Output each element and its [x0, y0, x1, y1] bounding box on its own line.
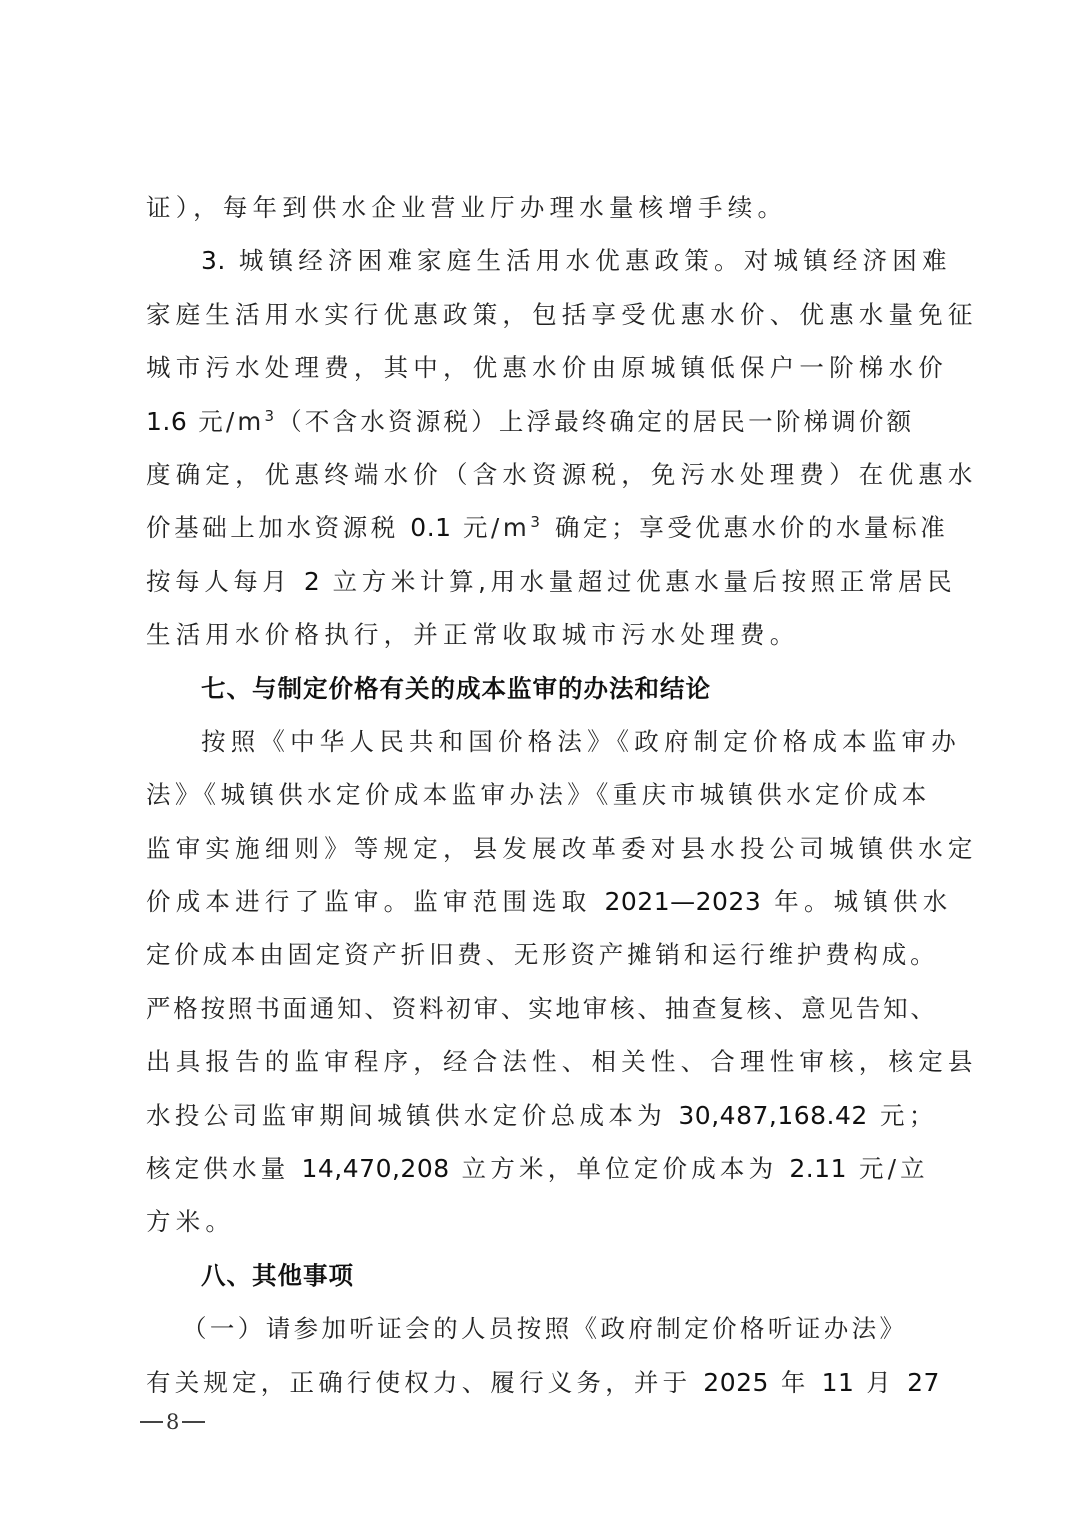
document-page: 证），每年到供水企业营业厅办理水量核增手续。 3. 城镇经济困难家庭生活用水优惠…: [146, 181, 942, 1409]
paragraph-line: 1.6 元/m3（不含水资源税）上浮最终确定的居民一阶梯调价额: [146, 395, 942, 448]
text: 月: [854, 1368, 907, 1397]
quota-value: 2: [304, 567, 320, 596]
text: 价基础上加水资源税: [146, 513, 410, 542]
text: 有关规定，正确行使权力、履行义务，并于: [146, 1368, 703, 1397]
superscript: 3: [264, 407, 277, 425]
text: 确定；享受优惠水价的水量标准: [544, 513, 949, 542]
text: 水投公司监审期间城镇供水定价总成本为: [146, 1101, 666, 1130]
paragraph-line: 生活用水价格执行，并正常收取城市污水处理费。: [146, 608, 942, 661]
section-heading-7: 七、与制定价格有关的成本监审的办法和结论: [146, 662, 942, 715]
text: 法》《城镇供水定价成本监审办法》《重庆市城镇供水定价成本: [146, 780, 931, 809]
paragraph-line: 严格按照书面通知、资料初审、实地审核、抽查复核、意见告知、: [146, 982, 942, 1035]
audit-period: 2021—2023: [605, 887, 762, 916]
text: 立方米，单位定价成本为: [450, 1154, 790, 1183]
text: 立方米计算,用水量超过优惠水量后按照正常居民: [320, 567, 956, 596]
date-day: 27: [907, 1368, 940, 1397]
price-value: 1.6: [146, 407, 187, 436]
paragraph-line: 度确定，优惠终端水价（含水资源税，免污水处理费）在优惠水: [146, 448, 942, 501]
paragraph-line: 按照《中华人民共和国价格法》《政府制定价格成本监审办: [146, 715, 942, 768]
text: 年。城镇供水: [761, 887, 952, 916]
text: 按照《中华人民共和国价格法》《政府制定价格成本监审办: [201, 727, 961, 756]
paragraph-line: 3. 城镇经济困难家庭生活用水优惠政策。对城镇经济困难: [146, 234, 942, 287]
text: （一）请参加听证会的人员按照《政府制定价格听证办法》: [182, 1314, 907, 1343]
unit-cost-value: 2.11: [789, 1154, 847, 1183]
text: 价成本进行了监审。监审范围选取: [146, 887, 592, 916]
text: 严格按照书面通知、资料初审、实地审核、抽查复核、意见告知、: [146, 994, 938, 1023]
text: （不含水资源税）上浮最终确定的居民一阶梯调价额: [277, 407, 914, 436]
heading-text: 七、与制定价格有关的成本监审的办法和结论: [201, 674, 711, 703]
date-month: 11: [822, 1368, 855, 1397]
paragraph-line: 城市污水处理费，其中，优惠水价由原城镇低保户一阶梯水价: [146, 341, 942, 394]
text: 按每人每月: [146, 567, 304, 596]
text: 城市污水处理费，其中，优惠水价由原城镇低保户一阶梯水价: [146, 353, 948, 382]
text: 生活用水价格执行，并正常收取城市污水处理费。: [146, 620, 799, 649]
text: 定价成本由固定资产折旧费、无形资产摊销和运行维护费构成。: [146, 940, 938, 969]
dash-left: [140, 1421, 163, 1423]
text: 城镇经济困难家庭生活用水优惠政策。对城镇经济困难: [226, 246, 952, 275]
paragraph-line: 按每人每月 2 立方米计算,用水量超过优惠水量后按照正常居民: [146, 555, 942, 608]
section-heading-8: 八、其他事项: [146, 1249, 942, 1302]
superscript: 3: [530, 513, 543, 531]
list-number: 3.: [201, 246, 226, 275]
paragraph-line: 价基础上加水资源税 0.1 元/m3 确定；享受优惠水价的水量标准: [146, 501, 942, 554]
text: 元；: [868, 1101, 938, 1130]
text: 度确定，优惠终端水价（含水资源税，免污水处理费）在优惠水: [146, 460, 978, 489]
text: 核定供水量: [146, 1154, 290, 1183]
date-year: 2025: [703, 1368, 769, 1397]
unit: 元/m: [452, 513, 531, 542]
paragraph-line: 定价成本由固定资产折旧费、无形资产摊销和运行维护费构成。: [146, 928, 942, 981]
paragraph-line: 监审实施细则》等规定，县发展改革委对县水投公司城镇供水定: [146, 822, 942, 875]
paragraph-line: 有关规定，正确行使权力、履行义务，并于 2025 年 11 月 27: [146, 1356, 942, 1409]
page-number: 8: [140, 1410, 205, 1434]
text: 方米。: [146, 1207, 235, 1236]
paragraph-line: 核定供水量 14,470,208 立方米，单位定价成本为 2.11 元/立: [146, 1142, 942, 1195]
text: 家庭生活用水实行优惠政策，包括享受优惠水价、优惠水量免征: [146, 300, 978, 329]
text: 年: [769, 1368, 822, 1397]
text: 监审实施细则》等规定，县发展改革委对县水投公司城镇供水定: [146, 834, 978, 863]
page-number-value: 8: [166, 1410, 179, 1434]
paragraph-line: 方米。: [146, 1195, 942, 1248]
total-cost-value: 30,487,168.42: [678, 1101, 867, 1130]
unit: 元/m: [187, 407, 264, 436]
heading-text: 八、其他事项: [201, 1261, 354, 1290]
paragraph-line: 法》《城镇供水定价成本监审办法》《重庆市城镇供水定价成本: [146, 768, 942, 821]
paragraph-line: 出具报告的监审程序，经合法性、相关性、合理性审核，核定县: [146, 1035, 942, 1088]
paragraph-line: 价成本进行了监审。监审范围选取 2021—2023 年。城镇供水: [146, 875, 942, 928]
water-volume-value: 14,470,208: [302, 1154, 450, 1183]
paragraph-line: 家庭生活用水实行优惠政策，包括享受优惠水价、优惠水量免征: [146, 288, 942, 341]
paragraph-line: 水投公司监审期间城镇供水定价总成本为 30,487,168.42 元；: [146, 1089, 942, 1142]
text: 出具报告的监审程序，经合法性、相关性、合理性审核，核定县: [146, 1047, 978, 1076]
text: 元/立: [847, 1154, 929, 1183]
paragraph-line: 证），每年到供水企业营业厅办理水量核增手续。: [146, 181, 942, 234]
tax-value: 0.1: [410, 513, 451, 542]
paragraph-line: （一）请参加听证会的人员按照《政府制定价格听证办法》: [146, 1302, 942, 1355]
dash-right: [182, 1421, 205, 1423]
text: 证），每年到供水企业营业厅办理水量核增手续。: [146, 193, 787, 222]
